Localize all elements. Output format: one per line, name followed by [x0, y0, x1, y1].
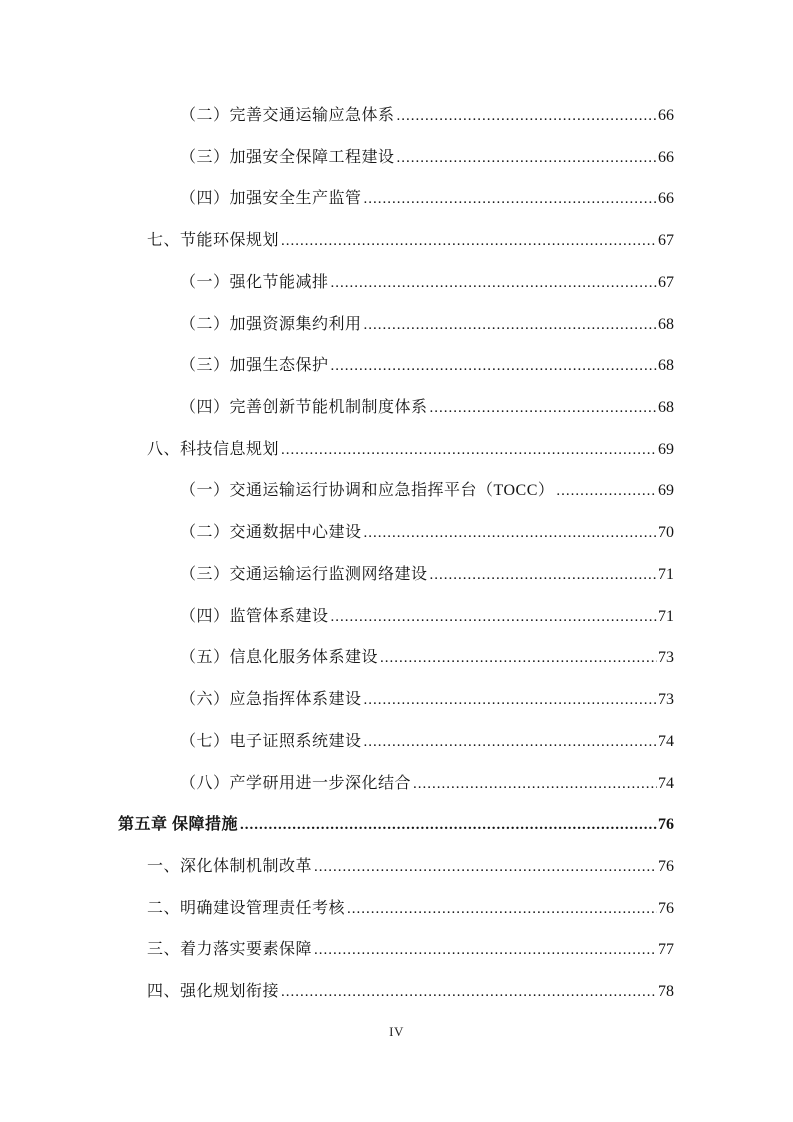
toc-entry-title[interactable]: （六）应急指挥体系建设: [180, 679, 362, 721]
footer-page-number: IV: [0, 1022, 793, 1042]
toc-entry-page: 74: [658, 763, 674, 805]
toc-leader-dots: ........................................…: [314, 847, 657, 888]
toc-list: （二）完善交通运输应急体系...........................…: [118, 95, 674, 1013]
toc-entry[interactable]: （四）加强安全生产监管.............................…: [118, 178, 674, 220]
toc-leader-dots: ........................................…: [397, 138, 657, 179]
toc-entry-page: 71: [658, 596, 674, 638]
toc-entry-page: 76: [658, 846, 674, 888]
toc-leader-dots: ........................................…: [281, 972, 657, 1013]
toc-entry-page: 67: [658, 220, 674, 262]
toc-entry-title[interactable]: （三）交通运输运行监测网络建设: [180, 554, 428, 596]
toc-entry-page: 70: [658, 512, 674, 554]
toc-leader-dots: ........................................…: [556, 471, 657, 512]
toc-entry[interactable]: （四）完善创新节能机制制度体系.........................…: [118, 387, 674, 429]
toc-leader-dots: ........................................…: [430, 555, 657, 596]
toc-entry[interactable]: （五）信息化服务体系建设............................…: [118, 637, 674, 679]
toc-entry-title[interactable]: （二）加强资源集约利用: [180, 304, 362, 346]
toc-leader-dots: ........................................…: [331, 597, 657, 638]
toc-entry-page: 76: [658, 804, 674, 846]
toc-entry-page: 66: [658, 95, 674, 137]
toc-entry-title[interactable]: （四）监管体系建设: [180, 596, 329, 638]
toc-entry-title[interactable]: （五）信息化服务体系建设: [180, 637, 378, 679]
toc-entry-title[interactable]: 四、强化规划衔接: [147, 971, 279, 1013]
toc-entry[interactable]: 第五章 保障措施................................…: [118, 804, 674, 846]
toc-leader-dots: ........................................…: [380, 638, 657, 679]
toc-entry-title[interactable]: （八）产学研用进一步深化结合: [180, 763, 411, 805]
toc-leader-dots: ........................................…: [364, 305, 657, 346]
toc-entry-page: 67: [658, 262, 674, 304]
toc-entry[interactable]: （二）加强资源集约利用.............................…: [118, 304, 674, 346]
toc-entry-title[interactable]: （七）电子证照系统建设: [180, 721, 362, 763]
toc-entry-title[interactable]: （三）加强安全保障工程建设: [180, 137, 395, 179]
toc-entry-page: 73: [658, 637, 674, 679]
toc-entry-title[interactable]: 二、明确建设管理责任考核: [147, 888, 345, 930]
toc-entry-title[interactable]: 一、深化体制机制改革: [147, 846, 312, 888]
toc-leader-dots: ........................................…: [281, 430, 657, 471]
toc-entry-title[interactable]: （二）完善交通运输应急体系: [180, 95, 395, 137]
toc-entry[interactable]: 一、深化体制机制改革..............................…: [118, 846, 674, 888]
toc-entry-title[interactable]: （四）完善创新节能机制制度体系: [180, 387, 428, 429]
toc-entry-page: 66: [658, 137, 674, 179]
toc-entry[interactable]: 三、着力落实要素保障..............................…: [118, 929, 674, 971]
toc-entry[interactable]: （三）加强生态保护...............................…: [118, 345, 674, 387]
toc-leader-dots: ........................................…: [331, 346, 657, 387]
toc-entry[interactable]: （三）加强安全保障工程建设...........................…: [118, 137, 674, 179]
toc-entry-title[interactable]: （一）交通运输运行协调和应急指挥平台（TOCC）: [180, 470, 554, 512]
toc-leader-dots: ........................................…: [240, 805, 657, 846]
toc-leader-dots: ........................................…: [314, 930, 657, 971]
toc-entry-page: 68: [658, 304, 674, 346]
toc-entry[interactable]: （八）产学研用进一步深化结合..........................…: [118, 763, 674, 805]
toc-leader-dots: ........................................…: [397, 96, 657, 137]
toc-entry-title[interactable]: （三）加强生态保护: [180, 345, 329, 387]
toc-leader-dots: ........................................…: [281, 221, 657, 262]
toc-entry-page: 68: [658, 345, 674, 387]
toc-entry-page: 68: [658, 387, 674, 429]
toc-entry-page: 71: [658, 554, 674, 596]
toc-leader-dots: ........................................…: [364, 513, 657, 554]
toc-leader-dots: ........................................…: [331, 263, 657, 304]
toc-entry[interactable]: （四）监管体系建设...............................…: [118, 596, 674, 638]
toc-leader-dots: ........................................…: [430, 388, 657, 429]
toc-entry-page: 66: [658, 178, 674, 220]
toc-entry-title[interactable]: 七、节能环保规划: [147, 220, 279, 262]
document-page: （二）完善交通运输应急体系...........................…: [0, 0, 793, 1122]
toc-entry-page: 69: [658, 429, 674, 471]
toc-entry-page: 73: [658, 679, 674, 721]
toc-entry[interactable]: （三）交通运输运行监测网络建设.........................…: [118, 554, 674, 596]
toc-leader-dots: ........................................…: [347, 889, 657, 930]
toc-entry-page: 69: [658, 470, 674, 512]
toc-entry-page: 77: [658, 929, 674, 971]
toc-entry[interactable]: 二、明确建设管理责任考核............................…: [118, 888, 674, 930]
toc-leader-dots: ........................................…: [364, 680, 657, 721]
toc-entry[interactable]: （一）交通运输运行协调和应急指挥平台（TOCC）................…: [118, 470, 674, 512]
toc-entry[interactable]: （二）完善交通运输应急体系...........................…: [118, 95, 674, 137]
toc-entry-page: 74: [658, 721, 674, 763]
toc-entry[interactable]: （六）应急指挥体系建设.............................…: [118, 679, 674, 721]
toc-entry[interactable]: 八、科技信息规划................................…: [118, 429, 674, 471]
toc-entry-title[interactable]: 第五章 保障措施: [118, 804, 238, 846]
toc-entry-title[interactable]: 三、着力落实要素保障: [147, 929, 312, 971]
toc-entry[interactable]: （二）交通数据中心建设.............................…: [118, 512, 674, 554]
toc-entry-title[interactable]: 八、科技信息规划: [147, 429, 279, 471]
toc-entry[interactable]: （七）电子证照系统建设.............................…: [118, 721, 674, 763]
toc-entry-title[interactable]: （二）交通数据中心建设: [180, 512, 362, 554]
toc-entry[interactable]: （一）强化节能减排...............................…: [118, 262, 674, 304]
toc-entry-page: 76: [658, 888, 674, 930]
toc-entry-page: 78: [658, 971, 674, 1013]
toc-entry-title[interactable]: （四）加强安全生产监管: [180, 178, 362, 220]
toc-leader-dots: ........................................…: [413, 764, 657, 805]
toc-entry[interactable]: 七、节能环保规划................................…: [118, 220, 674, 262]
toc-entry[interactable]: 四、强化规划衔接................................…: [118, 971, 674, 1013]
toc-leader-dots: ........................................…: [364, 722, 657, 763]
toc-leader-dots: ........................................…: [364, 179, 657, 220]
toc-entry-title[interactable]: （一）强化节能减排: [180, 262, 329, 304]
